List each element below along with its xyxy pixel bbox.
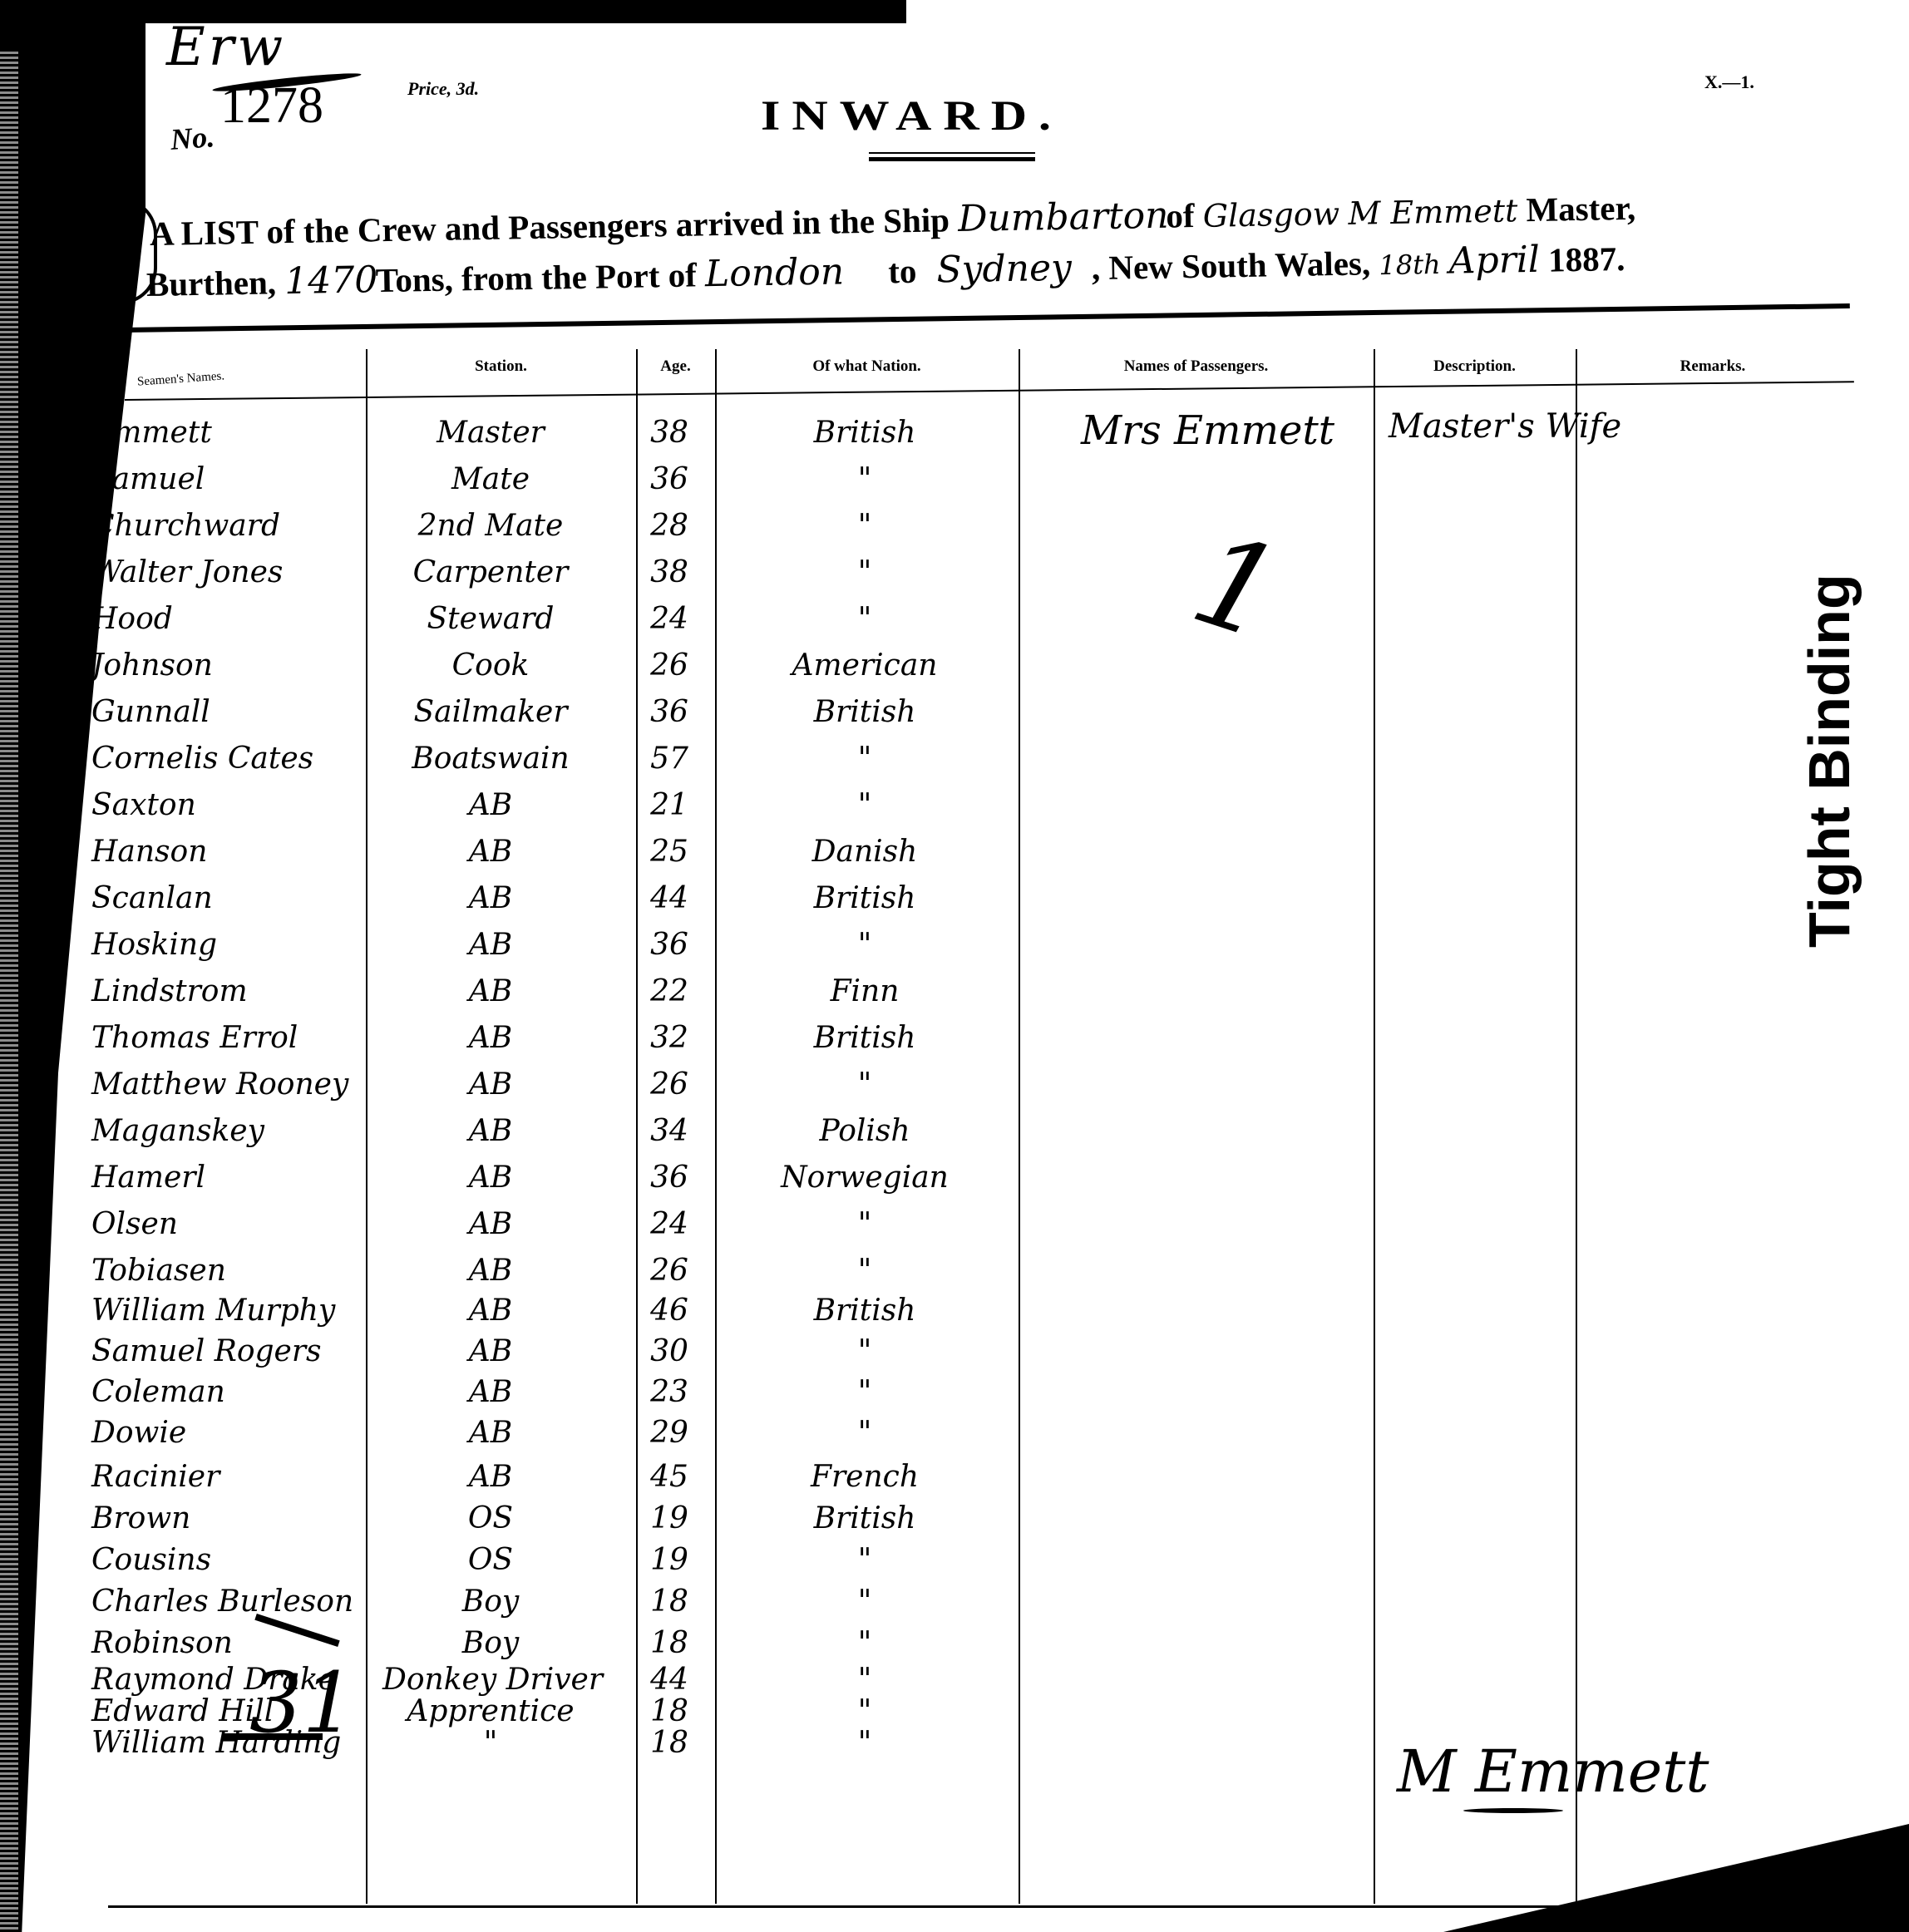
- master-name: M Emmett: [1348, 192, 1518, 232]
- crew-nation: ": [723, 509, 1006, 543]
- crew-age: 38: [640, 416, 698, 450]
- table-row: William MurphyAB46British: [108, 1294, 1854, 1333]
- document-number-label: No.: [170, 119, 216, 157]
- tight-binding-label: Tight Binding: [1796, 574, 1862, 948]
- crew-total-underline: [223, 1733, 323, 1740]
- table-row: ColemanAB23": [108, 1375, 1854, 1415]
- crew-age: 36: [640, 928, 698, 962]
- crew-nation: ": [723, 1543, 1006, 1577]
- crew-nation: Polish: [723, 1114, 1006, 1148]
- crew-nation: ": [723, 1694, 1006, 1728]
- crew-name: Edward Hill: [91, 1694, 274, 1728]
- date-month: April: [1448, 239, 1540, 283]
- col-header-passengers: Names of Passengers.: [1019, 357, 1374, 376]
- crew-name: Saxton: [91, 788, 196, 822]
- crew-station: AB: [382, 1067, 599, 1102]
- crew-nation: ": [723, 1067, 1006, 1102]
- crew-nation: ": [723, 1663, 1006, 1697]
- master-signature: M Emmett: [1397, 1737, 1709, 1806]
- table-row: SamuelMate36": [108, 462, 1854, 502]
- region-label: , New South Wales,: [1091, 244, 1370, 287]
- crew-nation: ": [723, 1626, 1006, 1660]
- crew-nation: ": [723, 1726, 1006, 1760]
- crew-age: 34: [640, 1114, 698, 1148]
- crew-station: AB: [382, 788, 599, 822]
- table-row: HoskingAB36": [108, 928, 1854, 968]
- crew-station: AB: [382, 1334, 599, 1368]
- crew-age: 25: [640, 835, 698, 869]
- crew-station: Mate: [382, 462, 599, 496]
- crew-station: AB: [382, 1254, 599, 1288]
- crew-nation: British: [723, 1294, 1006, 1328]
- crew-station: Donkey Driver: [382, 1663, 599, 1697]
- table-row: CousinsOS19": [108, 1543, 1854, 1583]
- crew-nation: Finn: [723, 974, 1006, 1008]
- crew-station: AB: [382, 835, 599, 869]
- crew-nation: Danish: [723, 835, 1006, 869]
- burthen-label: Burthen,: [146, 263, 277, 303]
- crew-age: 44: [640, 881, 698, 915]
- crew-name: Johnson: [91, 648, 213, 683]
- crew-nation: British: [723, 881, 1006, 915]
- crew-nation: ": [723, 1416, 1006, 1450]
- crew-station: AB: [382, 928, 599, 962]
- title-underline-thick: [869, 157, 1035, 161]
- crew-name: William Murphy: [91, 1294, 335, 1328]
- crew-age: 36: [640, 462, 698, 496]
- crew-name: Hanson: [91, 835, 207, 869]
- crew-station: Steward: [382, 602, 599, 636]
- crew-nation: ": [723, 555, 1006, 589]
- crew-age: 19: [640, 1501, 698, 1535]
- table-row: BrownOS19British: [108, 1501, 1854, 1541]
- table-row: LindstromAB22Finn: [108, 974, 1854, 1014]
- crew-station: Apprentice: [382, 1694, 599, 1728]
- table-row: RobinsonBoy18": [108, 1626, 1854, 1666]
- crew-name: Hosking: [91, 928, 217, 962]
- crew-nation: French: [723, 1460, 1006, 1494]
- heading-prefix: A LIST of the Crew and Passengers arrive…: [150, 200, 950, 253]
- table-bottom-rule: [108, 1905, 1854, 1908]
- of-label: of: [1166, 196, 1195, 235]
- date-day: 18th: [1379, 249, 1441, 281]
- crew-name: Racinier: [91, 1460, 220, 1494]
- crew-name: Walter Jones: [91, 555, 283, 589]
- table-row: GunnallSailmaker36British: [108, 695, 1854, 735]
- crew-age: 26: [640, 648, 698, 683]
- tons-value: 1470: [284, 259, 368, 303]
- crew-station: OS: [382, 1501, 599, 1535]
- crew-age: 21: [640, 788, 698, 822]
- table-row: SaxtonAB21": [108, 788, 1854, 828]
- table-row: OlsenAB24": [108, 1207, 1854, 1247]
- crew-age: 57: [640, 742, 698, 776]
- crew-name: Hamerl: [91, 1161, 205, 1195]
- date-year: 1887.: [1548, 239, 1625, 279]
- crew-nation: British: [723, 1501, 1006, 1535]
- scan-border-top: [0, 0, 906, 23]
- crew-age: 18: [640, 1694, 698, 1728]
- crew-nation: ": [723, 1334, 1006, 1368]
- crew-nation: Norwegian: [723, 1161, 1006, 1195]
- document-title: INWARD.: [761, 91, 1063, 140]
- crew-station: OS: [382, 1543, 599, 1577]
- crew-nation: ": [723, 1207, 1006, 1241]
- crew-nation: ": [723, 1375, 1006, 1409]
- crew-name: Lindstrom: [91, 974, 248, 1008]
- crew-nation: ": [723, 1254, 1006, 1288]
- crew-station: Carpenter: [382, 555, 599, 589]
- crew-table: Seamen's Names. Station. Age. Of what Na…: [108, 333, 1854, 1912]
- crew-age: 36: [640, 695, 698, 729]
- crew-age: 18: [640, 1585, 698, 1619]
- crew-station: AB: [382, 1207, 599, 1241]
- crew-name: Maganskey: [91, 1114, 264, 1148]
- table-row: Churchward2nd Mate28": [108, 509, 1854, 549]
- table-row: HansonAB25Danish: [108, 835, 1854, 875]
- crew-station: 2nd Mate: [382, 509, 599, 543]
- table-row: Charles BurlesonBoy18": [108, 1585, 1854, 1624]
- crew-name: Matthew Rooney: [91, 1067, 348, 1102]
- crew-age: 22: [640, 974, 698, 1008]
- crew-name: Churchward: [91, 509, 280, 543]
- crew-station: AB: [382, 1375, 599, 1409]
- crew-name: Olsen: [91, 1207, 178, 1241]
- table-row: Thomas ErrolAB32British: [108, 1021, 1854, 1061]
- crew-station: AB: [382, 1114, 599, 1148]
- table-row: ScanlanAB44British: [108, 881, 1854, 921]
- crew-name: Charles Burleson: [91, 1585, 353, 1619]
- crew-age: 26: [640, 1067, 698, 1102]
- crew-name: Scanlan: [91, 881, 213, 915]
- ship-name: Dumbarton: [958, 195, 1158, 240]
- to-label: to: [888, 252, 917, 291]
- table-row: RacinierAB45French: [108, 1460, 1854, 1500]
- table-row: Matthew RooneyAB26": [108, 1067, 1854, 1107]
- crew-name: Cousins: [91, 1543, 211, 1577]
- crew-age: 45: [640, 1460, 698, 1494]
- crew-name: Tobiasen: [91, 1254, 226, 1288]
- table-row: Walter JonesCarpenter38": [108, 555, 1854, 595]
- crew-station: AB: [382, 1021, 599, 1055]
- crew-name: Samuel Rogers: [91, 1334, 322, 1368]
- col-header-station: Station.: [366, 357, 636, 376]
- crew-age: 46: [640, 1294, 698, 1328]
- crew-nation: ": [723, 788, 1006, 822]
- crew-name: Thomas Errol: [91, 1021, 298, 1055]
- passenger-description: Master's Wife: [1389, 407, 1621, 446]
- table-row: DowieAB29": [108, 1416, 1854, 1456]
- crew-age: 36: [640, 1161, 698, 1195]
- crew-age: 18: [640, 1726, 698, 1760]
- table-row: HoodSteward24": [108, 602, 1854, 642]
- crew-station: AB: [382, 974, 599, 1008]
- crew-age: 32: [640, 1021, 698, 1055]
- crew-name: Dowie: [91, 1416, 186, 1450]
- crew-name: Emmett: [91, 416, 212, 450]
- table-row: Cornelis CatesBoatswain57": [108, 742, 1854, 781]
- table-row: Samuel RogersAB30": [108, 1334, 1854, 1374]
- heading-rule: [125, 303, 1850, 333]
- passenger-name: Mrs Emmett: [1081, 407, 1334, 454]
- crew-age: 19: [640, 1543, 698, 1577]
- crew-station: ": [382, 1726, 599, 1760]
- crew-station: AB: [382, 1294, 599, 1328]
- header-divider: [125, 381, 1854, 401]
- crew-name: Brown: [91, 1501, 190, 1535]
- form-code: X.—1.: [1704, 71, 1754, 93]
- col-header-description: Description.: [1374, 357, 1576, 376]
- top-handwriting: Erw: [166, 17, 286, 78]
- crew-age: 30: [640, 1334, 698, 1368]
- crew-nation: British: [723, 416, 1006, 450]
- table-row: HamerlAB36Norwegian: [108, 1161, 1854, 1200]
- col-header-remarks: Remarks.: [1576, 357, 1850, 376]
- from-port: London: [705, 250, 881, 296]
- signature-underline: [1463, 1808, 1563, 1813]
- crew-station: Boy: [382, 1585, 599, 1619]
- crew-age: 44: [640, 1663, 698, 1697]
- price-label: Price, 3d.: [407, 78, 479, 100]
- crew-age: 28: [640, 509, 698, 543]
- crew-station: AB: [382, 1460, 599, 1494]
- scan-edge-noise: [0, 50, 18, 1932]
- crew-station: Cook: [382, 648, 599, 683]
- crew-nation: ": [723, 928, 1006, 962]
- crew-name: Robinson: [91, 1626, 233, 1660]
- crew-age: 18: [640, 1626, 698, 1660]
- table-row: JohnsonCook26American: [108, 648, 1854, 688]
- crew-name: Coleman: [91, 1375, 225, 1409]
- crew-nation: ": [723, 742, 1006, 776]
- crew-name: Samuel: [91, 462, 205, 496]
- table-row: MaganskeyAB34Polish: [108, 1114, 1854, 1154]
- crew-nation: American: [723, 648, 1006, 683]
- crew-station: AB: [382, 1161, 599, 1195]
- crew-nation: ": [723, 602, 1006, 636]
- crew-name: Cornelis Cates: [91, 742, 313, 776]
- crew-nation: ": [723, 1585, 1006, 1619]
- crew-station: Master: [382, 416, 599, 450]
- crew-age: 38: [640, 555, 698, 589]
- col-header-nation: Of what Nation.: [715, 357, 1019, 376]
- crew-age: 24: [640, 602, 698, 636]
- manifest-page: Erw No. 1278 Price, 3d. INWARD. X.—1. A …: [0, 0, 1909, 1932]
- crew-station: Boatswain: [382, 742, 599, 776]
- crew-station: AB: [382, 881, 599, 915]
- crew-nation: British: [723, 1021, 1006, 1055]
- crew-name: Gunnall: [91, 695, 210, 729]
- crew-name: Hood: [91, 602, 173, 636]
- crew-age: 24: [640, 1207, 698, 1241]
- crew-age: 26: [640, 1254, 698, 1288]
- crew-age: 29: [640, 1416, 698, 1450]
- col-header-age: Age.: [636, 357, 715, 376]
- document-number: 1278: [220, 76, 323, 136]
- crew-station: AB: [382, 1416, 599, 1450]
- crew-station: Sailmaker: [382, 695, 599, 729]
- home-port: Glasgow: [1202, 195, 1339, 234]
- crew-age: 23: [640, 1375, 698, 1409]
- tons-label: Tons, from the Port of: [375, 255, 697, 299]
- master-label: Master,: [1526, 189, 1635, 229]
- crew-nation: British: [723, 695, 1006, 729]
- crew-station: Boy: [382, 1626, 599, 1660]
- col-header-seamen: Seamen's Names.: [137, 369, 225, 389]
- table-row: TobiasenAB26": [108, 1254, 1854, 1294]
- crew-nation: ": [723, 462, 1006, 496]
- title-underline: [869, 152, 1035, 154]
- to-port: Sydney: [925, 246, 1083, 291]
